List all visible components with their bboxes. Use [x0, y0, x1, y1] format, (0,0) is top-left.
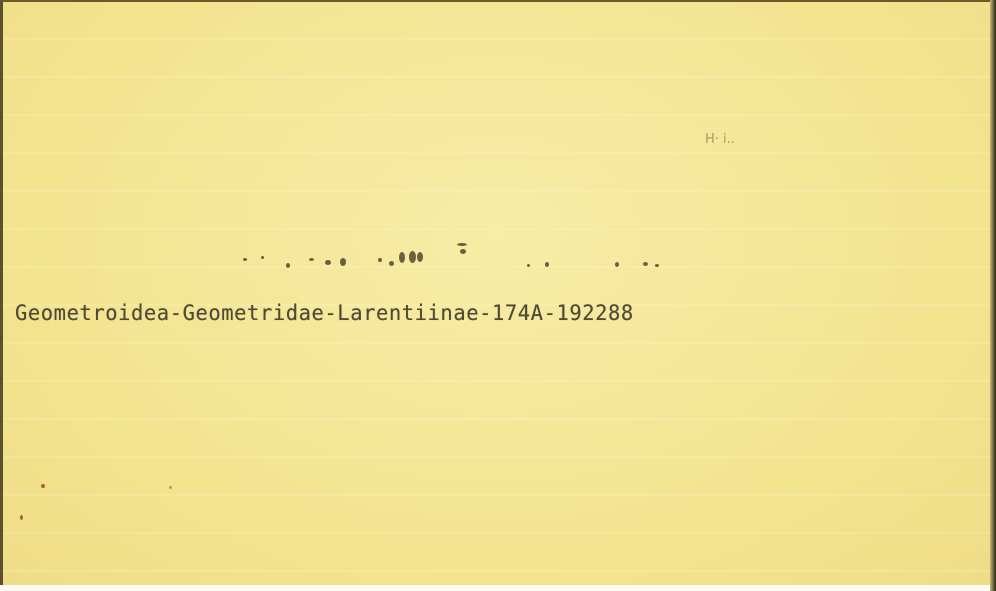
scan-bottom-margin — [0, 585, 990, 591]
ink-speck — [41, 484, 45, 488]
ink-speck — [169, 486, 172, 489]
index-card: H· i.. Geometroidea-Geometridae-Larentii… — [0, 0, 990, 585]
card-edge-shadow — [990, 0, 996, 591]
specimen-classification-label: Geometroidea-Geometridae-Larentiinae-174… — [15, 300, 634, 325]
ink-speck — [20, 515, 23, 520]
faint-handwritten-mark: H· i.. — [705, 132, 735, 147]
